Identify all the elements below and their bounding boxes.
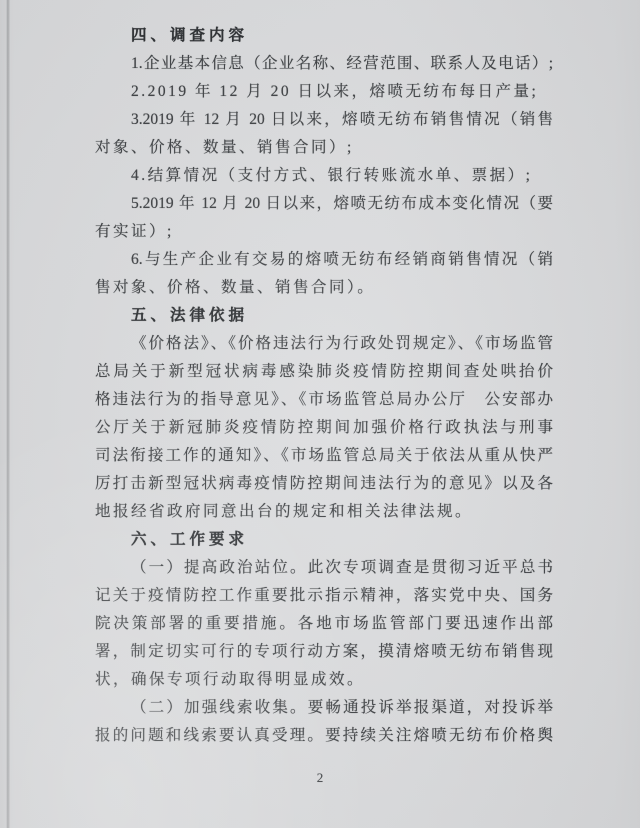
text-line: 地报经省政府同意出台的规定和相关法律法规。	[95, 498, 553, 526]
section-heading: 四、调查内容	[95, 22, 553, 50]
text-line: 5.2019 年 12 月 20 日以来，熔喷无纺布成本变化情况（要	[95, 190, 553, 218]
text-line: 司法衔接工作的通知》、《市场监管总局关于依法从重从快严	[95, 442, 553, 470]
text-line: 格违法行为的指导意见》、《市场监管总局办公厅 公安部办	[95, 386, 553, 414]
text-line: 1.企业基本信息（企业名称、经营范围、联系人及电话）;	[95, 50, 553, 78]
section-heading: 六、工作要求	[95, 526, 553, 554]
text-line: 《价格法》、《价格违法行为行政处罚规定》、《市场监管	[95, 330, 553, 358]
text-line: 有实证）;	[95, 218, 553, 246]
page-number: 2	[0, 770, 640, 786]
text-line: 报的问题和线索要认真受理。要持续关注熔喷无纺布价格舆	[95, 722, 553, 750]
text-line: 4.结算情况（支付方式、银行转账流水单、票据）;	[95, 162, 553, 190]
text-line: （一）提高政治站位。此次专项调查是贯彻习近平总书	[95, 554, 553, 582]
text-line: 3.2019 年 12 月 20 日以来，熔喷无纺布销售情况（销售	[95, 106, 553, 134]
scanned-page: 四、调查内容1.企业基本信息（企业名称、经营范围、联系人及电话）;2.2019 …	[0, 0, 640, 828]
document-body: 四、调查内容1.企业基本信息（企业名称、经营范围、联系人及电话）;2.2019 …	[95, 22, 553, 750]
text-line: 总局关于新型冠状病毒感染肺炎疫情防控期间查处哄抬价	[95, 358, 553, 386]
text-line: 院决策部署的重要措施。各地市场监管部门要迅速作出部	[95, 610, 553, 638]
text-line: 售对象、价格、数量、销售合同）。	[95, 274, 553, 302]
scan-edge-line	[6, 0, 10, 828]
text-line: 公厅关于新冠肺炎疫情防控期间加强价格行政执法与刑事	[95, 414, 553, 442]
text-line: 署，制定切实可行的专项行动方案，摸清熔喷无纺布销售现	[95, 638, 553, 666]
text-line: 6.与生产企业有交易的熔喷无纺布经销商销售情况（销	[95, 246, 553, 274]
section-heading: 五、法律依据	[95, 302, 553, 330]
text-line: 厉打击新型冠状病毒疫情防控期间违法行为的意见》以及各	[95, 470, 553, 498]
text-line: （二）加强线索收集。要畅通投诉举报渠道，对投诉举	[95, 694, 553, 722]
text-line: 2.2019 年 12 月 20 日以来，熔喷无纺布每日产量;	[95, 78, 553, 106]
text-line: 状，确保专项行动取得明显成效。	[95, 666, 553, 694]
text-line: 记关于疫情防控工作重要批示指示精神，落实党中央、国务	[95, 582, 553, 610]
text-line: 对象、价格、数量、销售合同）;	[95, 134, 553, 162]
